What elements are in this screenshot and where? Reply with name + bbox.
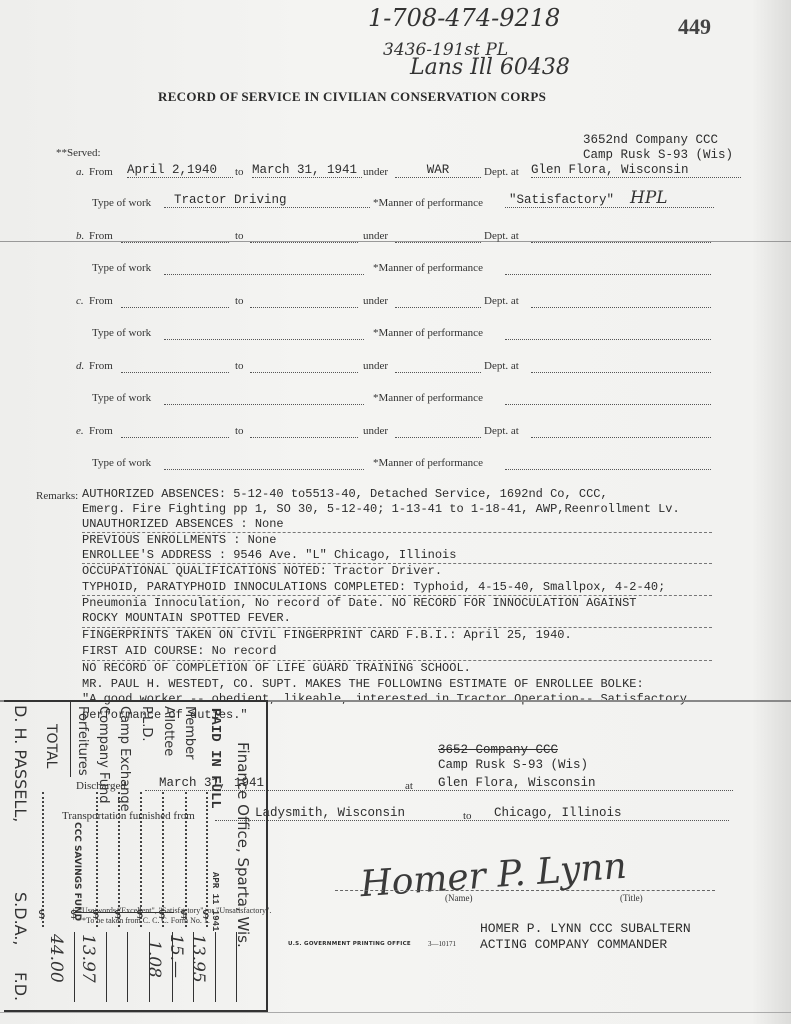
transport-to: Chicago, Illinois xyxy=(478,806,729,821)
stamp-allottee-amount: 15.— xyxy=(166,934,186,978)
period-a-manner: "Satisfactory" xyxy=(505,193,714,208)
period-c-letter: c. xyxy=(76,295,84,307)
company-line-1: 3652nd Company CCC xyxy=(583,133,718,147)
type-of-work-label: Type of work xyxy=(92,262,151,274)
remark-line: PREVIOUS ENROLLMENTS : None xyxy=(82,533,276,547)
title-caption: (Title) xyxy=(620,893,643,903)
remark-line: UNAUTHORIZED ABSENCES : None xyxy=(82,517,284,531)
period-b-type-field xyxy=(164,262,364,275)
dollar-icon: $ xyxy=(158,907,166,921)
period-e-under-field xyxy=(395,425,481,438)
typed-signer-name: HOMER P. LYNN CCC SUBALTERN xyxy=(480,921,691,936)
stamp-item-forfeitures: Forfeitures xyxy=(75,706,90,776)
period-d-from-field xyxy=(121,360,229,373)
from-label: From xyxy=(89,166,113,178)
form-code: 3—10171 xyxy=(428,940,456,948)
period-e-manner-field xyxy=(505,457,711,470)
stamp-item-camp-exchange: Camp Exchange xyxy=(117,706,132,812)
dollar-icon: $ xyxy=(38,907,46,921)
period-d-under-field xyxy=(395,360,481,373)
period-b-dept-field xyxy=(531,230,711,243)
to-label: to xyxy=(235,295,244,307)
remark-line: FIRST AID COURSE: No record xyxy=(82,644,276,658)
remark-line: Emerg. Fire Fighting pp 1, SO 30, 5-12-4… xyxy=(82,502,680,516)
from-label: From xyxy=(89,295,113,307)
stamp-total-label: TOTAL xyxy=(43,724,59,768)
dollar-icon: $ xyxy=(92,907,100,921)
period-b-manner-field xyxy=(505,262,711,275)
stamp-item-company-fund: Company Fund xyxy=(96,706,111,803)
remark-line: ENROLLEE'S ADDRESS : 9546 Ave. "L" Chica… xyxy=(82,548,456,562)
stamp-member-amount: 13.95 xyxy=(188,934,208,983)
period-c-dept-field xyxy=(531,295,711,308)
period-b-letter: b. xyxy=(76,230,84,242)
stamp-total-amount: 44.00 xyxy=(46,934,66,983)
stamp-savings-amount: 13.97 xyxy=(78,934,98,983)
period-e-type-field xyxy=(164,457,364,470)
transport-to-label: to xyxy=(463,810,472,822)
to-label: to xyxy=(235,360,244,372)
period-c-manner-field xyxy=(505,327,711,340)
dollar-icon: $ xyxy=(114,907,122,921)
period-b-from-field xyxy=(121,230,229,243)
period-e-from-field xyxy=(121,425,229,438)
stamp-item-member: Member xyxy=(182,706,197,759)
under-label: under xyxy=(363,295,388,307)
remark-line: MR. PAUL H. WESTEDT, CO. SUPT. MAKES THE… xyxy=(82,677,644,691)
manner-label: *Manner of performance xyxy=(373,457,483,469)
stamp-date: APR 11 1941 xyxy=(210,872,220,931)
period-b-under-field xyxy=(395,230,481,243)
under-label: under xyxy=(363,425,388,437)
under-label: under xyxy=(363,360,388,372)
manner-label: *Manner of performance xyxy=(373,392,483,404)
from-label: From xyxy=(89,425,113,437)
stamp-item-pld: P.L.D. xyxy=(139,706,154,741)
to-label: to xyxy=(235,425,244,437)
period-e-to-field xyxy=(250,425,358,438)
bottom-edge xyxy=(0,1012,791,1013)
period-c-from-field xyxy=(121,295,229,308)
signature: Homer P. Lynn xyxy=(359,846,628,906)
handwritten-phone: 1-708-474-9218 xyxy=(368,4,560,32)
handwritten-address-line2: Lans Ill 60438 xyxy=(410,55,570,80)
to-label: to xyxy=(235,166,244,178)
period-c-type-field xyxy=(164,327,364,340)
period-e-dept-field xyxy=(531,425,711,438)
stamp-signer-dept: F.D. xyxy=(11,972,30,1001)
dollar-icon: $ xyxy=(136,907,144,921)
remark-line: TYPHOID, PARATYPHOID INNOCULATIONS COMPL… xyxy=(82,580,665,594)
period-d-manner-field xyxy=(505,392,711,405)
period-c-under-field xyxy=(395,295,481,308)
type-of-work-label: Type of work xyxy=(92,197,151,209)
period-a-under: WAR xyxy=(395,163,481,178)
manner-label: *Manner of performance xyxy=(373,327,483,339)
remark-line: AUTHORIZED ABSENCES: 5-12-40 to5513-40, … xyxy=(82,487,608,501)
period-b-to-field xyxy=(250,230,358,243)
name-caption: (Name) xyxy=(445,893,472,903)
dollar-icon: $ xyxy=(180,907,188,921)
from-label: From xyxy=(89,230,113,242)
type-of-work-label: Type of work xyxy=(92,327,151,339)
remarks-label: Remarks: xyxy=(36,490,78,502)
dept-at-label: Dept. at xyxy=(484,230,519,242)
remark-line: FINGERPRINTS TAKEN ON CIVIL FINGERPRINT … xyxy=(82,628,572,642)
discharge-company-line-2: Camp Rusk S-93 (Wis) xyxy=(438,758,588,772)
stamp-signer: D. H. PASSELL, xyxy=(11,705,30,822)
period-d-to-field xyxy=(250,360,358,373)
document-page: 1-708-474-9218 3436-191st PL Lans Ill 60… xyxy=(0,0,791,1024)
period-a-to: March 31, 1941 xyxy=(252,163,362,178)
dept-at-label: Dept. at xyxy=(484,425,519,437)
page-title: RECORD OF SERVICE IN CIVILIAN CONSERVATI… xyxy=(158,89,546,105)
period-d-type-field xyxy=(164,392,364,405)
type-of-work-label: Type of work xyxy=(92,457,151,469)
period-c-to-field xyxy=(250,295,358,308)
finance-office-stamp: D. H. PASSELL, S.D.A., F.D. TOTAL Forfei… xyxy=(4,700,268,1012)
stamp-paid-in-full: PAID IN FULL xyxy=(207,708,223,809)
type-of-work-label: Type of work xyxy=(92,392,151,404)
period-d-letter: d. xyxy=(76,360,84,372)
remark-line: ROCKY MOUNTAIN SPOTTED FEVER. xyxy=(82,611,291,625)
remark-line: Pneumonia Innoculation, No record of Dat… xyxy=(82,596,637,610)
discharge-company-line-1: 3652 Company CCC xyxy=(438,743,558,757)
served-label: **Served: xyxy=(56,147,101,159)
page-number: 449 xyxy=(678,14,711,40)
dept-at-label: Dept. at xyxy=(484,295,519,307)
under-label: under xyxy=(363,166,388,178)
dept-at-label: Dept. at xyxy=(484,360,519,372)
period-a-type-of-work: Tractor Driving xyxy=(164,193,370,208)
to-label: to xyxy=(235,230,244,242)
stamp-item-allottee: Allottee xyxy=(161,706,176,756)
remark-line: NO RECORD OF COMPLETION OF LIFE GUARD TR… xyxy=(82,661,471,675)
manner-label: *Manner of performance xyxy=(373,197,483,209)
period-a-from: April 2,1940 xyxy=(127,163,233,178)
typed-signer-title: ACTING COMPANY COMMANDER xyxy=(480,937,667,952)
stamp-pld-amount: 1.08 xyxy=(144,940,164,978)
period-a-dept: Glen Flora, Wisconsin xyxy=(531,163,741,178)
signature-line xyxy=(335,890,715,891)
period-a-initials: HPL xyxy=(630,188,668,208)
discharge-location: Glen Flora, Wisconsin xyxy=(420,776,733,791)
period-a-letter: a. xyxy=(76,166,84,178)
period-e-letter: e. xyxy=(76,425,84,437)
at-label: at xyxy=(405,780,413,792)
dollar-icon: $ xyxy=(202,907,210,921)
manner-label: *Manner of performance xyxy=(373,262,483,274)
dept-at-label: Dept. at xyxy=(484,166,519,178)
remark-line: OCCUPATIONAL QUALIFICATIONS NOTED: Tract… xyxy=(82,564,442,578)
dollar-icon: $ xyxy=(70,907,78,921)
under-label: under xyxy=(363,230,388,242)
period-d-dept-field xyxy=(531,360,711,373)
printer-office: U.S. GOVERNMENT PRINTING OFFICE xyxy=(288,941,411,947)
company-line-2: Camp Rusk S-93 (Wis) xyxy=(583,148,733,162)
from-label: From xyxy=(89,360,113,372)
stamp-signer-org: S.D.A., xyxy=(11,892,30,945)
stamp-finance-office: Finance Office, Sparta, Wis. xyxy=(234,742,252,948)
